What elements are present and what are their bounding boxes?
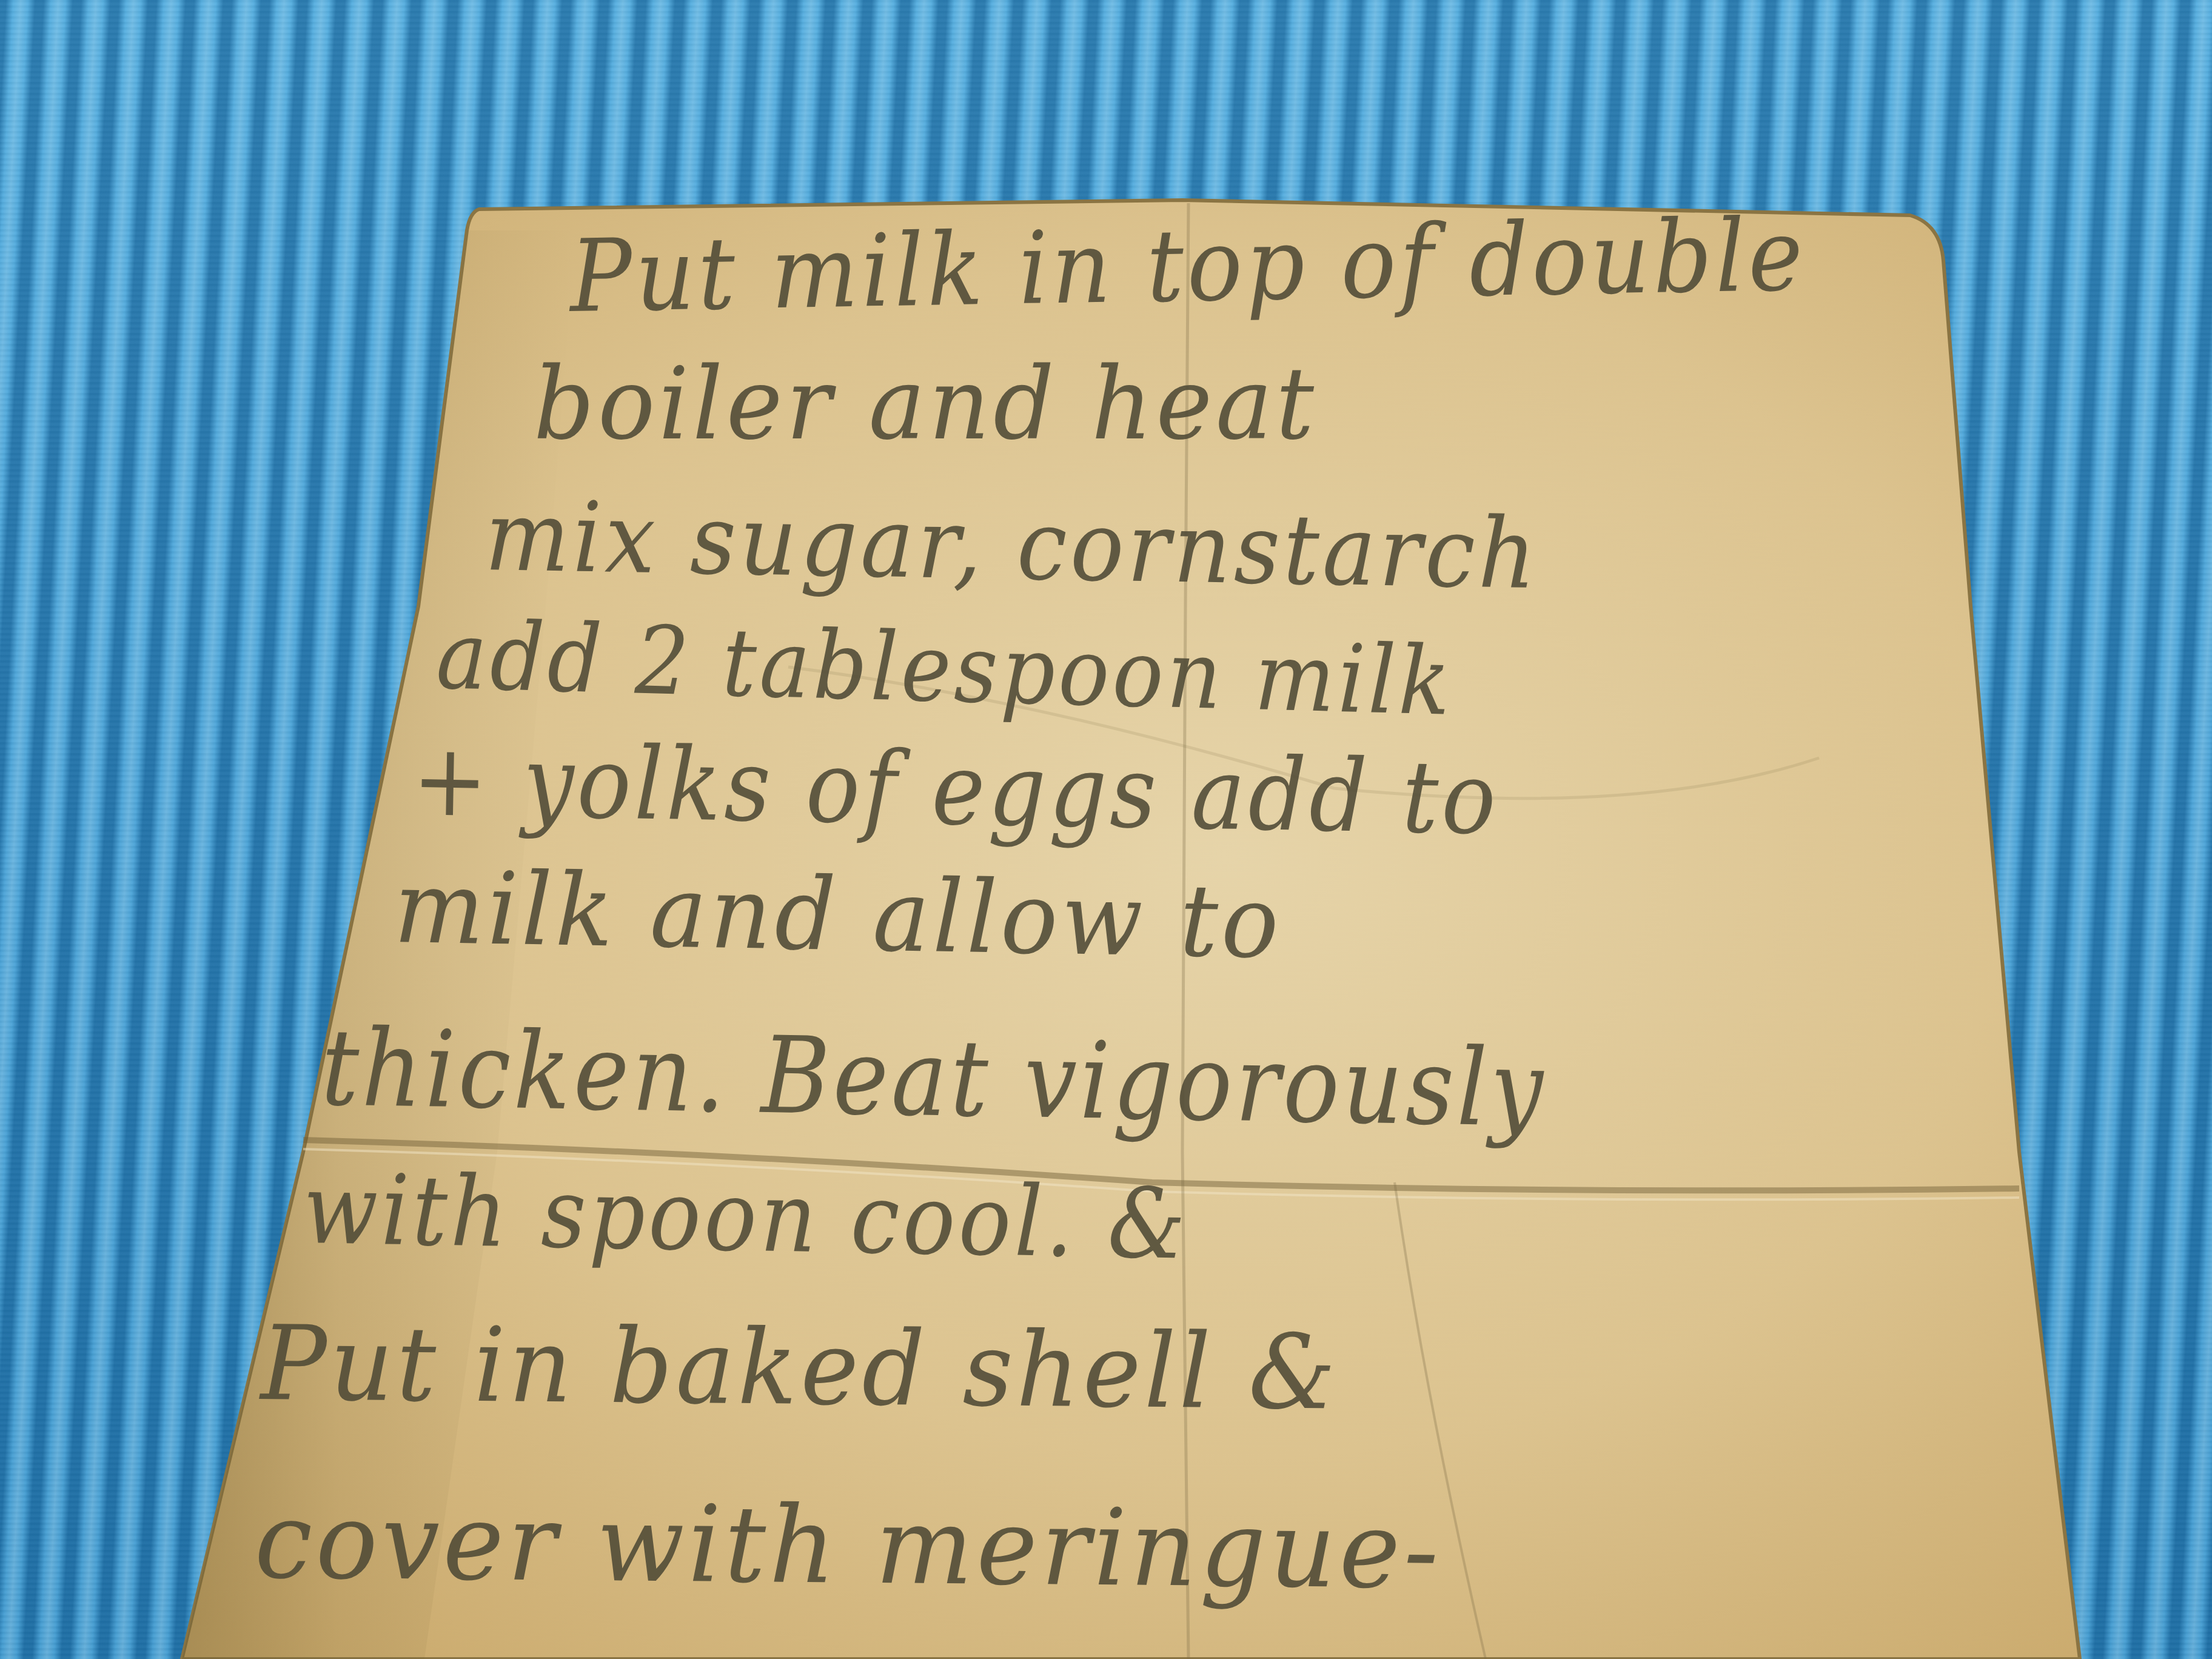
recipe-card-paper <box>0 0 2212 1659</box>
